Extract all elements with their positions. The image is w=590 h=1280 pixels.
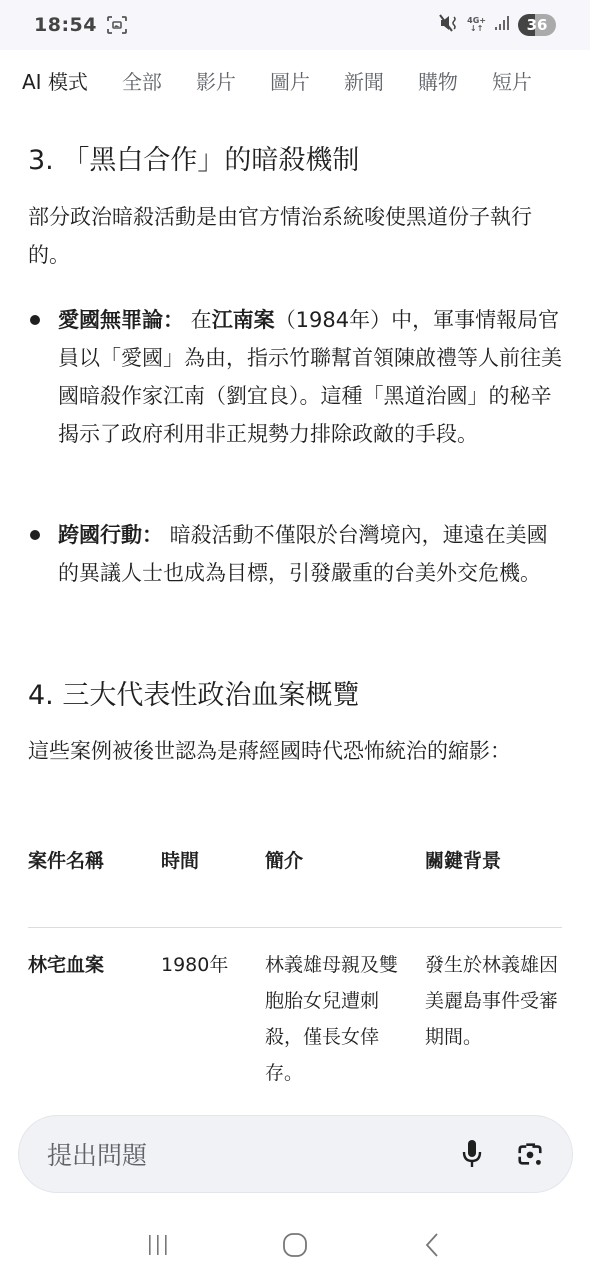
system-nav-bar xyxy=(0,1210,590,1280)
section4-heading: 4. 三大代表性政治血案概覽 xyxy=(28,673,359,712)
signal-icon xyxy=(494,15,510,35)
bullet-dot-icon xyxy=(30,315,40,325)
status-time: 18:54 xyxy=(34,14,97,36)
section3-heading: 3. 「黑白合作」的暗殺機制 xyxy=(28,138,359,177)
screenshot-icon xyxy=(107,16,127,34)
table-divider xyxy=(28,927,562,928)
microphone-icon[interactable] xyxy=(458,1138,486,1170)
search-tabs: AI 模式 全部 影片 圖片 新聞 購物 短片 xyxy=(0,50,590,110)
section4-intro: 這些案例被後世認為是蔣經國時代恐怖統治的縮影： xyxy=(28,732,568,770)
bullet-bold-inline: 江南案 xyxy=(212,308,275,332)
table-header-time: 時間 xyxy=(161,843,199,879)
tab-shopping[interactable]: 購物 xyxy=(418,66,458,95)
tab-all[interactable]: 全部 xyxy=(122,66,162,95)
mute-vibrate-icon xyxy=(439,14,459,36)
tab-news[interactable]: 新聞 xyxy=(344,66,384,95)
bullet-patriotism: 愛國無罪論： 在江南案（1984年）中，軍事情報局官員以「愛國」為由，指示竹聯幫… xyxy=(28,301,562,453)
ask-bar[interactable]: 提出問題 xyxy=(18,1115,573,1193)
bullet-dot-icon xyxy=(30,530,40,540)
section3-intro: 部分政治暗殺活動是由官方情治系統唆使黑道份子執行的。 xyxy=(28,198,568,274)
tab-ai-mode[interactable]: AI 模式 xyxy=(22,66,88,95)
network-4g-icon: 4G+ ↓↑ xyxy=(467,17,486,33)
lens-camera-icon[interactable] xyxy=(516,1138,544,1170)
bullet-title: 愛國無罪論： xyxy=(58,308,184,332)
bullet-transnational: 跨國行動： 暗殺活動不僅限於台灣境內，連遠在美國的異議人士也成為目標，引發嚴重的… xyxy=(28,516,562,592)
ask-input[interactable]: 提出問題 xyxy=(47,1136,428,1172)
table-header-background: 關鍵背景 xyxy=(425,843,501,879)
table-header-summary: 簡介 xyxy=(265,843,303,879)
back-icon[interactable] xyxy=(412,1225,452,1265)
table-cell-background: 發生於林義雄因美麗島事件受審期間。 xyxy=(425,947,563,1055)
table-cell-name: 林宅血案 xyxy=(28,947,108,983)
tab-short-videos[interactable]: 短片 xyxy=(492,66,532,95)
recent-apps-icon[interactable] xyxy=(138,1225,178,1265)
status-bar: 18:54 4G+ ↓↑ xyxy=(0,0,590,50)
table-header-name: 案件名稱 xyxy=(28,843,108,879)
bullet-pre: 在 xyxy=(184,308,212,332)
status-left: 18:54 xyxy=(34,14,127,36)
battery-icon: 36 xyxy=(518,14,556,36)
bullet-title: 跨國行動： xyxy=(58,523,163,547)
home-icon[interactable] xyxy=(275,1225,315,1265)
status-right: 4G+ ↓↑ 36 xyxy=(439,14,556,36)
tab-videos[interactable]: 影片 xyxy=(196,66,236,95)
table-cell-summary: 林義雄母親及雙胞胎女兒遭刺殺，僅長女倖存。 xyxy=(265,947,403,1091)
tab-images[interactable]: 圖片 xyxy=(270,66,310,95)
table-cell-time: 1980年 xyxy=(161,947,228,983)
